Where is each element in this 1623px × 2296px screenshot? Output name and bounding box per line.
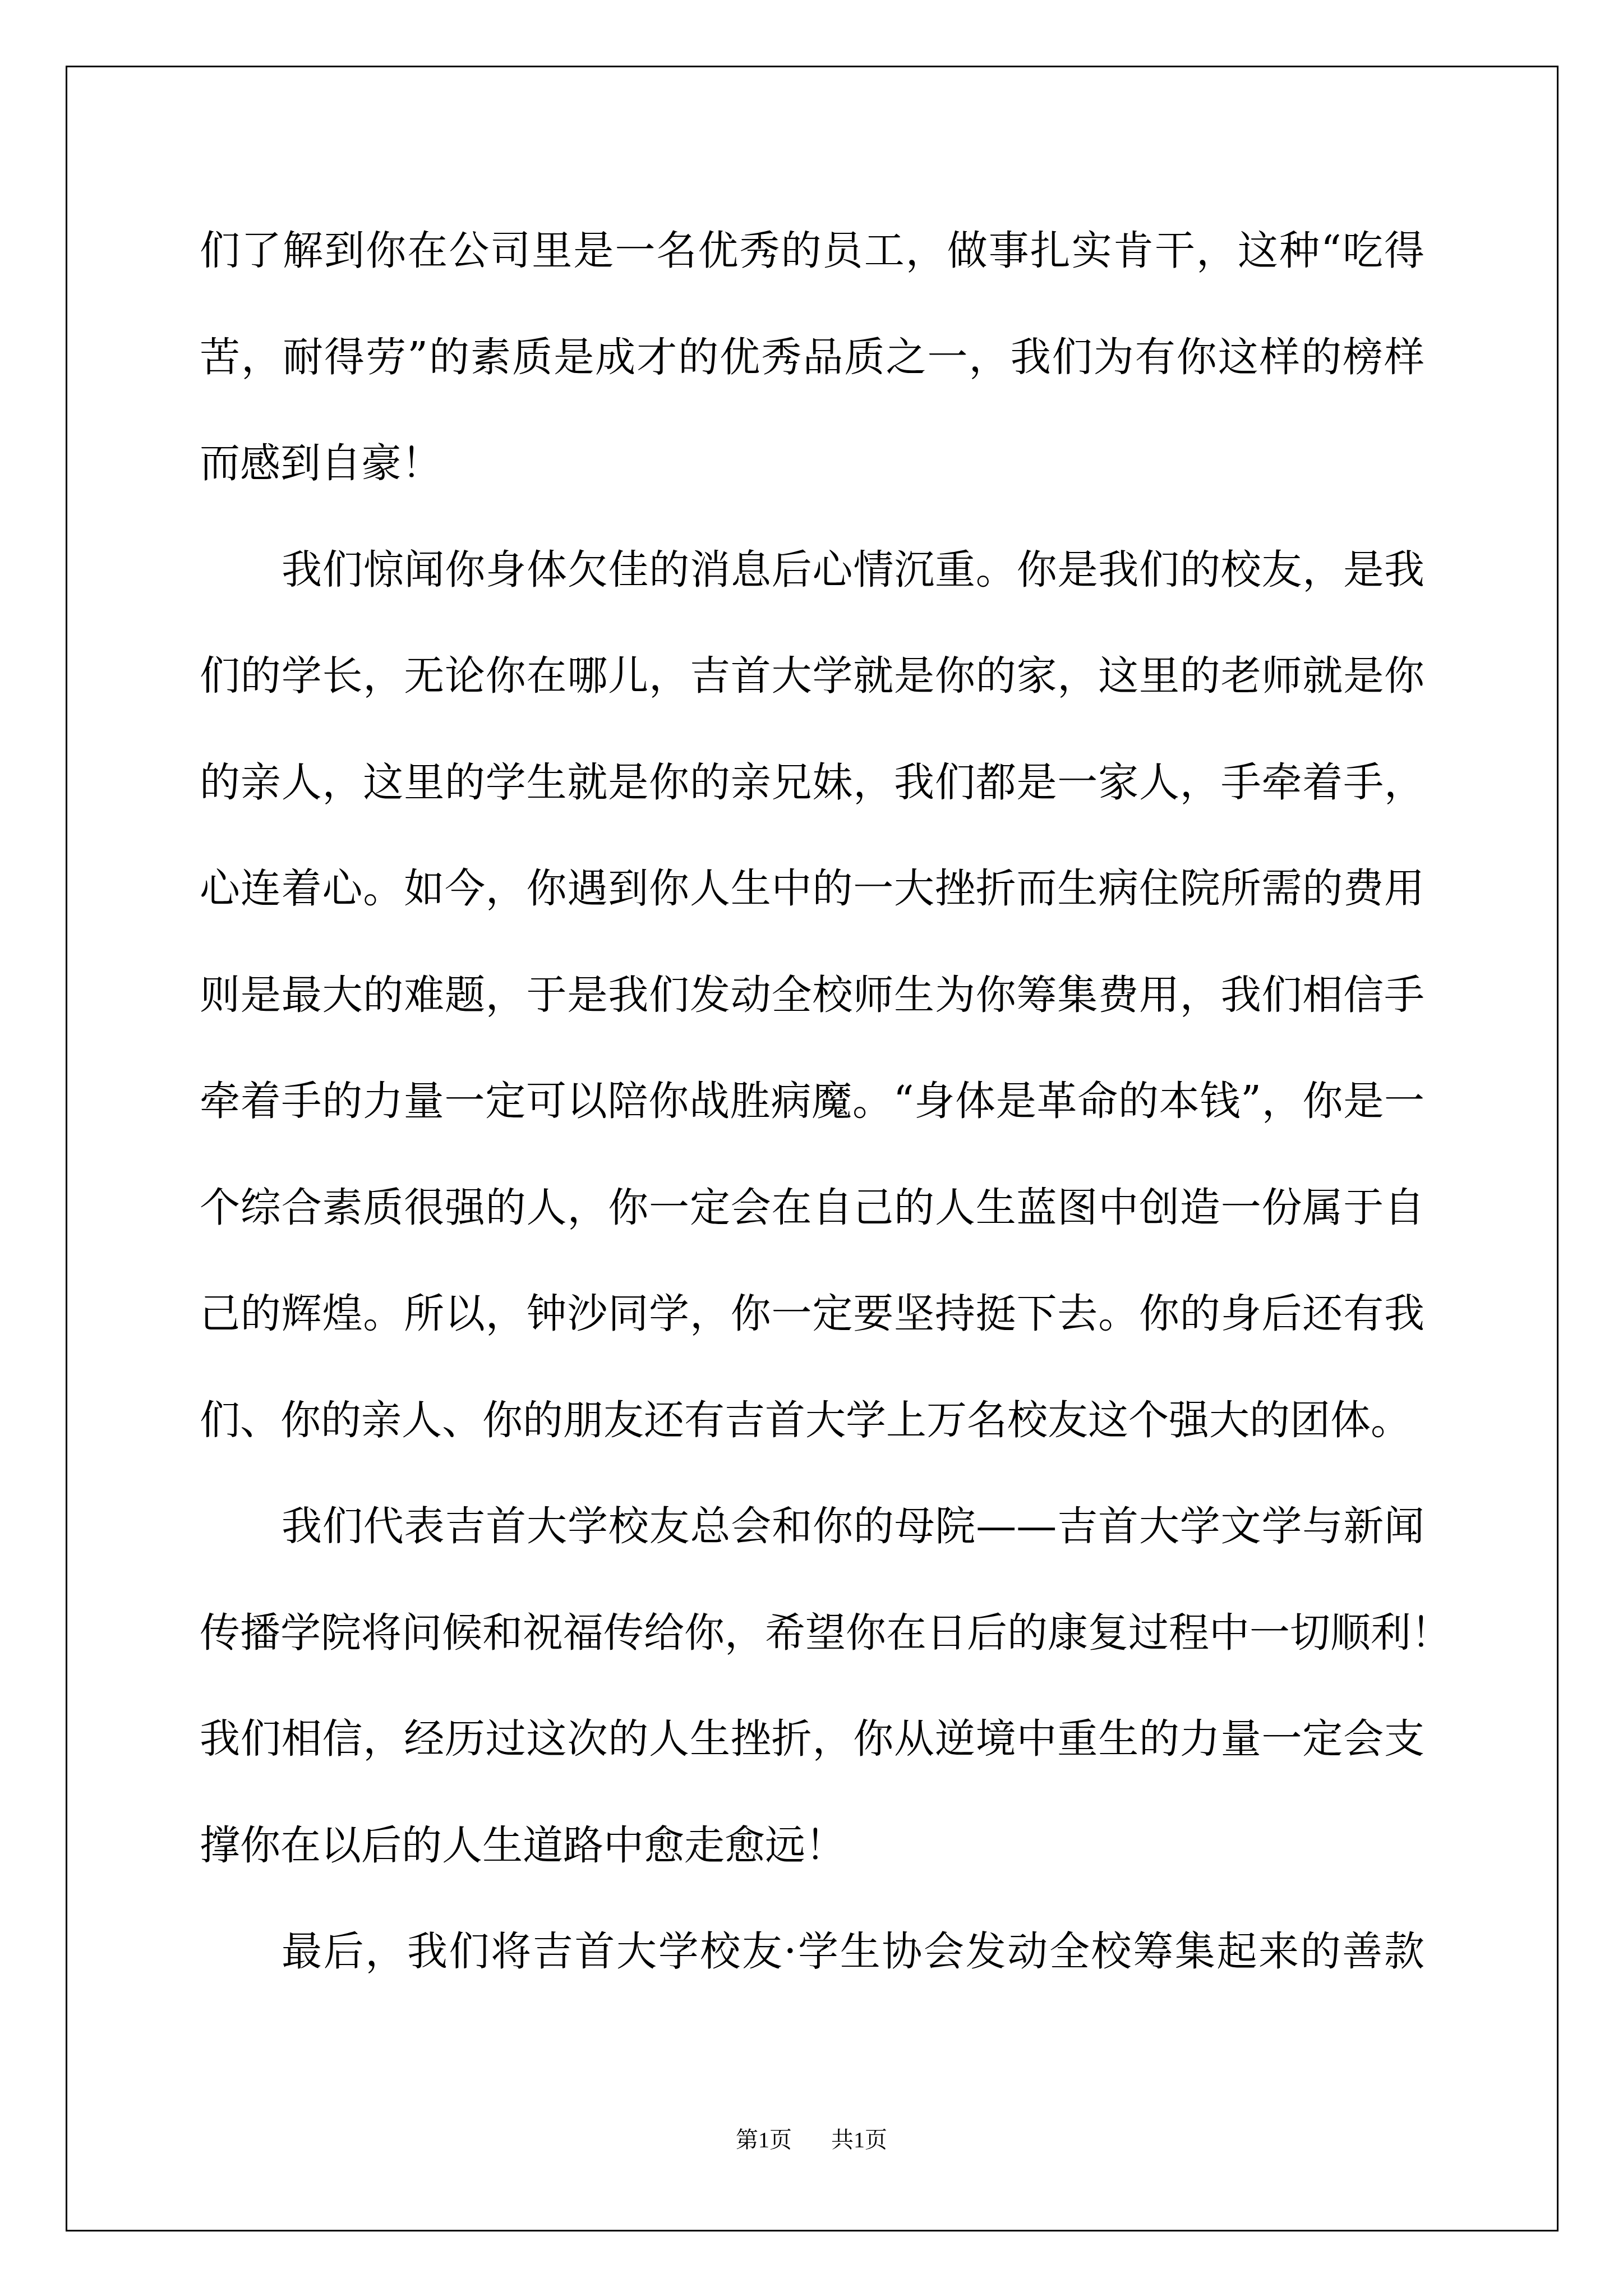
paragraph: 我们代表吉首大学校友总会和你的母院——吉首大学文学与新闻 传播学院将问候和祝福传… xyxy=(200,1496,1424,1921)
page-number-total: 共1页 xyxy=(831,2126,887,2154)
document-body: 们了解到你在公司里是一名优秀的员工，做事扎实肯干，这种“吃得 苦，耐得劳”的素质… xyxy=(200,220,1424,2027)
text-line: 们、你的亲人、你的朋友还有吉首大学上万名校友这个强大的团体。 xyxy=(200,1389,1424,1496)
text-line: 则是最大的难题，于是我们发动全校师生为你筹集费用，我们相信手 xyxy=(200,964,1424,1071)
text-line: 个综合素质很强的人，你一定会在自己的人生蓝图中创造一份属于自 xyxy=(200,1177,1424,1283)
page-number-current: 第1页 xyxy=(736,2126,792,2154)
text-line: 牵着手的力量一定可以陪你战胜病魔。“身体是革命的本钱”，你是一 xyxy=(200,1070,1424,1177)
text-line: 我们相信，经历过这次的人生挫折，你从逆境中重生的力量一定会支 xyxy=(200,1708,1424,1815)
paragraph: 们了解到你在公司里是一名优秀的员工，做事扎实肯干，这种“吃得 苦，耐得劳”的素质… xyxy=(200,220,1424,539)
text-line: 最后，我们将吉首大学校友·学生协会发动全校筹集起来的善款 xyxy=(200,1921,1424,2027)
text-line: 的亲人，这里的学生就是你的亲兄妹，我们都是一家人，手牵着手， xyxy=(200,752,1424,858)
paragraph: 最后，我们将吉首大学校友·学生协会发动全校筹集起来的善款 xyxy=(200,1921,1424,2027)
text-line: 传播学院将问候和祝福传给你，希望你在日后的康复过程中一切顺利！ xyxy=(200,1602,1445,1709)
text-line: 们了解到你在公司里是一名优秀的员工，做事扎实肯干，这种“吃得 xyxy=(200,220,1424,326)
text-line: 苦，耐得劳”的素质是成才的优秀品质之一，我们为有你这样的榜样 xyxy=(200,326,1424,433)
text-line: 我们代表吉首大学校友总会和你的母院——吉首大学文学与新闻 xyxy=(200,1496,1424,1602)
paragraph: 我们惊闻你身体欠佳的消息后心情沉重。你是我们的校友，是我 们的学长，无论你在哪儿… xyxy=(200,539,1424,1496)
text-line: 己的辉煌。所以，钟沙同学，你一定要坚持挺下去。你的身后还有我 xyxy=(200,1283,1424,1389)
text-line: 撑你在以后的人生道路中愈走愈远！ xyxy=(200,1815,1424,1921)
text-line: 而感到自豪！ xyxy=(200,432,1424,539)
text-line: 们的学长，无论你在哪儿，吉首大学就是你的家，这里的老师就是你 xyxy=(200,645,1424,752)
text-line: 心连着心。如今，你遇到你人生中的一大挫折而生病住院所需的费用 xyxy=(200,858,1424,964)
text-line: 我们惊闻你身体欠佳的消息后心情沉重。你是我们的校友，是我 xyxy=(200,539,1424,646)
page-footer: 第1页共1页 xyxy=(0,2126,1623,2154)
